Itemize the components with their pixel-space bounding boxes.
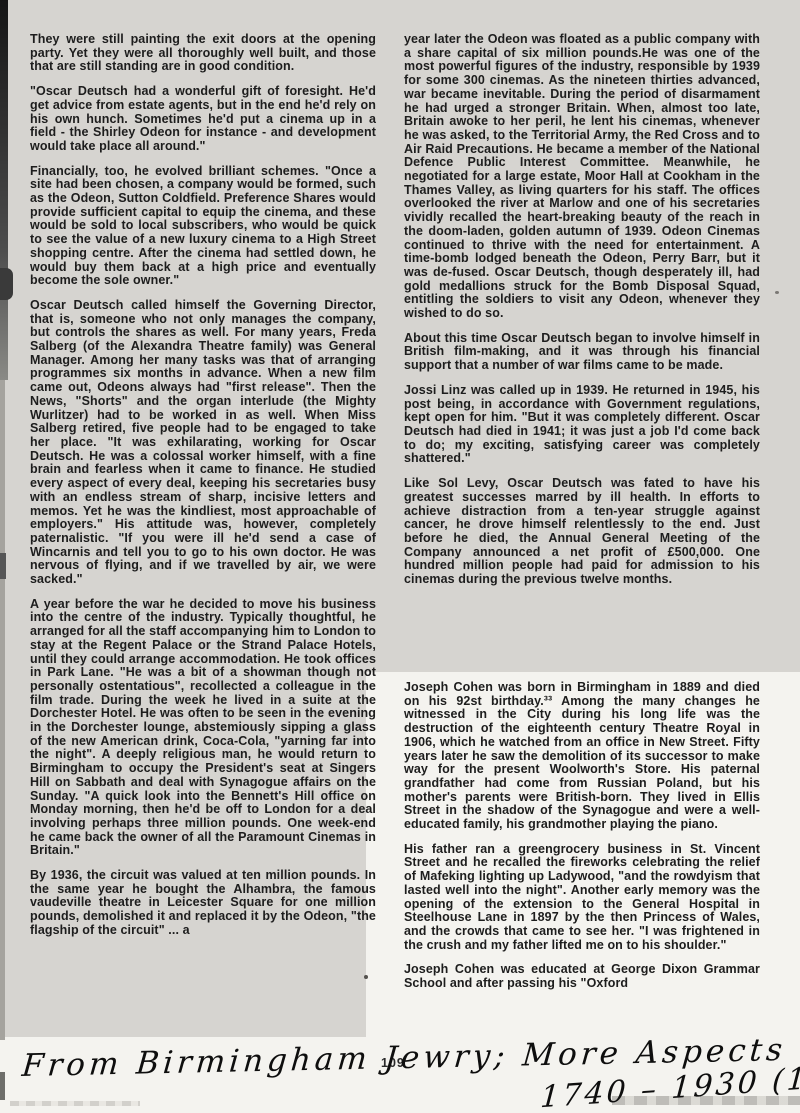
scan-edge-artifact — [0, 380, 5, 1040]
scan-speck — [364, 975, 368, 979]
paragraph: A year before the war he decided to move… — [30, 598, 376, 858]
scan-speck — [775, 291, 779, 294]
right-column-top: year later the Odeon was floated as a pu… — [404, 33, 760, 598]
scan-smudge — [10, 1101, 140, 1106]
paragraph: Jossi Linz was called up in 1939. He ret… — [404, 384, 760, 466]
paragraph: year later the Odeon was floated as a pu… — [404, 33, 760, 321]
scan-edge-artifact — [0, 1072, 5, 1100]
scan-edge-artifact — [0, 268, 13, 300]
paragraph: Financially, too, he evolved brilliant s… — [30, 165, 376, 288]
paragraph: About this time Oscar Deutsch began to i… — [404, 332, 760, 373]
paragraph: By 1936, the circuit was valued at ten m… — [30, 869, 376, 938]
paragraph: "Oscar Deutsch had a wonderful gift of f… — [30, 85, 376, 154]
paragraph: Joseph Cohen was born in Birmingham in 1… — [404, 681, 760, 832]
paragraph: Oscar Deutsch called himself the Governi… — [30, 299, 376, 587]
scan-edge-artifact — [0, 553, 6, 579]
scan-edge-artifact — [0, 0, 8, 380]
paragraph: Like Sol Levy, Oscar Deutsch was fated t… — [404, 477, 760, 587]
left-column: They were still painting the exit doors … — [30, 33, 376, 949]
paragraph: Joseph Cohen was educated at George Dixo… — [404, 963, 760, 990]
paragraph: They were still painting the exit doors … — [30, 33, 376, 74]
scanned-book-page: They were still painting the exit doors … — [0, 0, 800, 1113]
paragraph: His father ran a greengrocery business i… — [404, 843, 760, 953]
right-column-highlighted: Joseph Cohen was born in Birmingham in 1… — [404, 681, 760, 1002]
